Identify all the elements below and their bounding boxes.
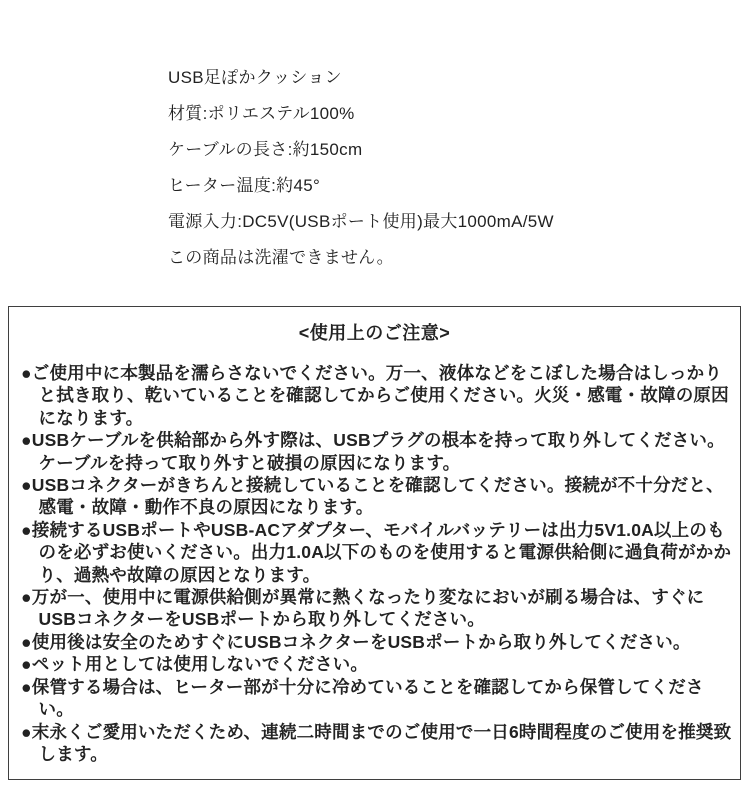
product-name: USB足ぽかクッション [168,68,728,87]
caution-item-unplug-after-use: ●使用後は安全のためすぐにUSBコネクターをUSBポートから取り外してください。 [21,631,732,653]
spec-cable-length: ケーブルの長さ:約150cm [168,140,728,159]
spec-power-input: 電源入力:DC5V(USBポート使用)最大1000mA/5W [168,212,728,231]
caution-item-storage: ●保管する場合は、ヒーター部が十分に冷めていることを確認してから保管してください… [21,676,732,721]
spec-washing-note: この商品は洗濯できません。 [168,248,728,267]
caution-box: <使用上のご注意> ●ご使用中に本製品を濡らさないでください。万一、液体などをこ… [8,306,741,780]
caution-item-usage-duration: ●末永くご愛用いただくため、連続二時間までのご使用で一日6時間程度のご使用を推奨… [21,721,732,766]
caution-item-overheat-smell: ●万が一、使用中に電源供給側が異常に熱くなったり変なにおいが刷る場合は、すぐにU… [21,586,732,631]
caution-list: ●ご使用中に本製品を濡らさないでください。万一、液体などをこぼした場合はしっかり… [9,362,740,765]
caution-item-unplug-by-plug: ●USBケーブルを供給部から外す際は、USBプラグの根本を持って取り外してくださ… [21,429,732,474]
product-specs: USB足ぽかクッション 材質:ポリエステル100% ケーブルの長さ:約150cm… [168,68,728,284]
caution-title: <使用上のご注意> [9,322,740,344]
caution-item-power-rating: ●接続するUSBポートやUSB-ACアダプター、モバイルバッテリーは出力5V1.… [21,519,732,586]
caution-item-connection-check: ●USBコネクターがきちんと接続していることを確認してください。接続が不十分だと… [21,474,732,519]
caution-item-no-pet-use: ●ペット用としては使用しないでください。 [21,653,732,675]
spec-heater-temperature: ヒーター温度:約45° [168,176,728,195]
caution-item-wet-warning: ●ご使用中に本製品を濡らさないでください。万一、液体などをこぼした場合はしっかり… [21,362,732,429]
spec-material: 材質:ポリエステル100% [168,104,728,123]
